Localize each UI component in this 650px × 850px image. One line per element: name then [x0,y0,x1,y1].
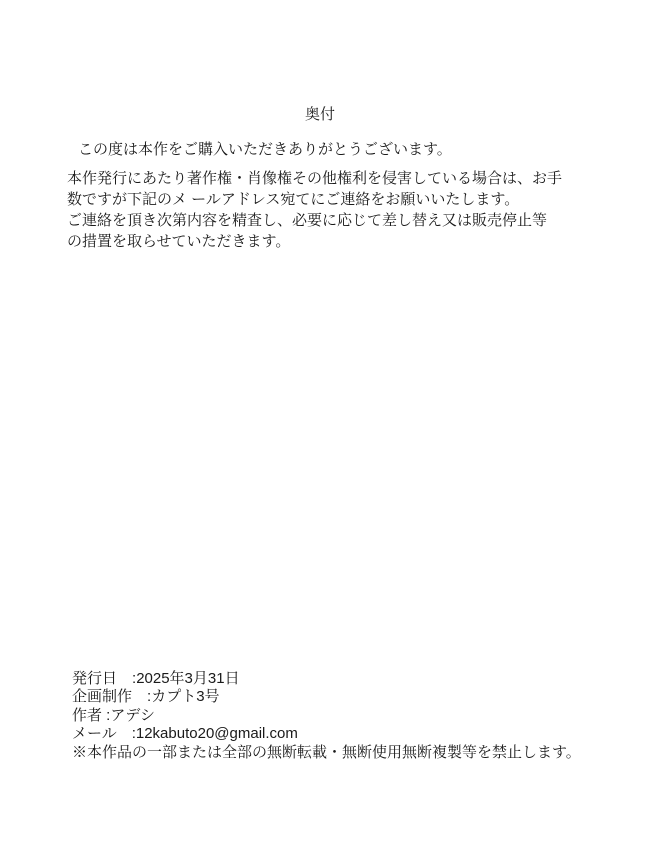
field-label: 企画制作 [72,688,132,705]
author-row: 作者 :アデシ [72,707,581,725]
production-value: カプト3号 [151,688,219,705]
publication-date-value: 2025年3月31日 [136,670,239,687]
copyright-notice: 本作発行にあたり著作権・肖像権その他権利を侵害している場合は、お手 数ですが下記… [67,168,562,252]
disclaimer-text: ※本作品の一部または全部の無断転載・無断使用無断複製等を禁止します。 [72,744,581,762]
production-row: 企画制作 :カプト3号 [72,688,581,706]
field-label: 作者 [72,707,102,724]
publication-date-row: 発行日 :2025年3月31日 [72,670,581,688]
notice-line: 数ですが下記のメ ールアドレス宛てにご連絡をお願いいたします。 [67,189,562,210]
email-row: メール :12kabuto20@gmail.com [72,725,581,743]
author-value: アデシ [110,707,155,724]
publication-info: 発行日 :2025年3月31日 企画制作 :カプト3号 作者 :アデシ メール … [72,670,581,762]
notice-line: ご連絡を頂き次第内容を精査し、必要に応じて差し替え又は販売停止等 [67,210,562,231]
field-separator: : [132,688,151,705]
colophon-page: 奥付 この度は本作をご購入いただきありがとうございます。 本作発行にあたり著作権… [0,0,650,850]
notice-line: 本作発行にあたり著作権・肖像権その他権利を侵害している場合は、お手 [67,168,562,189]
field-label: 発行日 [72,670,117,687]
notice-line: の措置を取らせていただきます。 [67,231,562,252]
page-title: 奥付 [0,103,640,124]
field-separator: : [117,670,136,687]
field-separator: : [117,725,136,742]
field-label: メール [72,725,117,742]
email-value: 12kabuto20@gmail.com [136,725,298,742]
thanks-text: この度は本作をご購入いただきありがとうございます。 [78,139,452,160]
